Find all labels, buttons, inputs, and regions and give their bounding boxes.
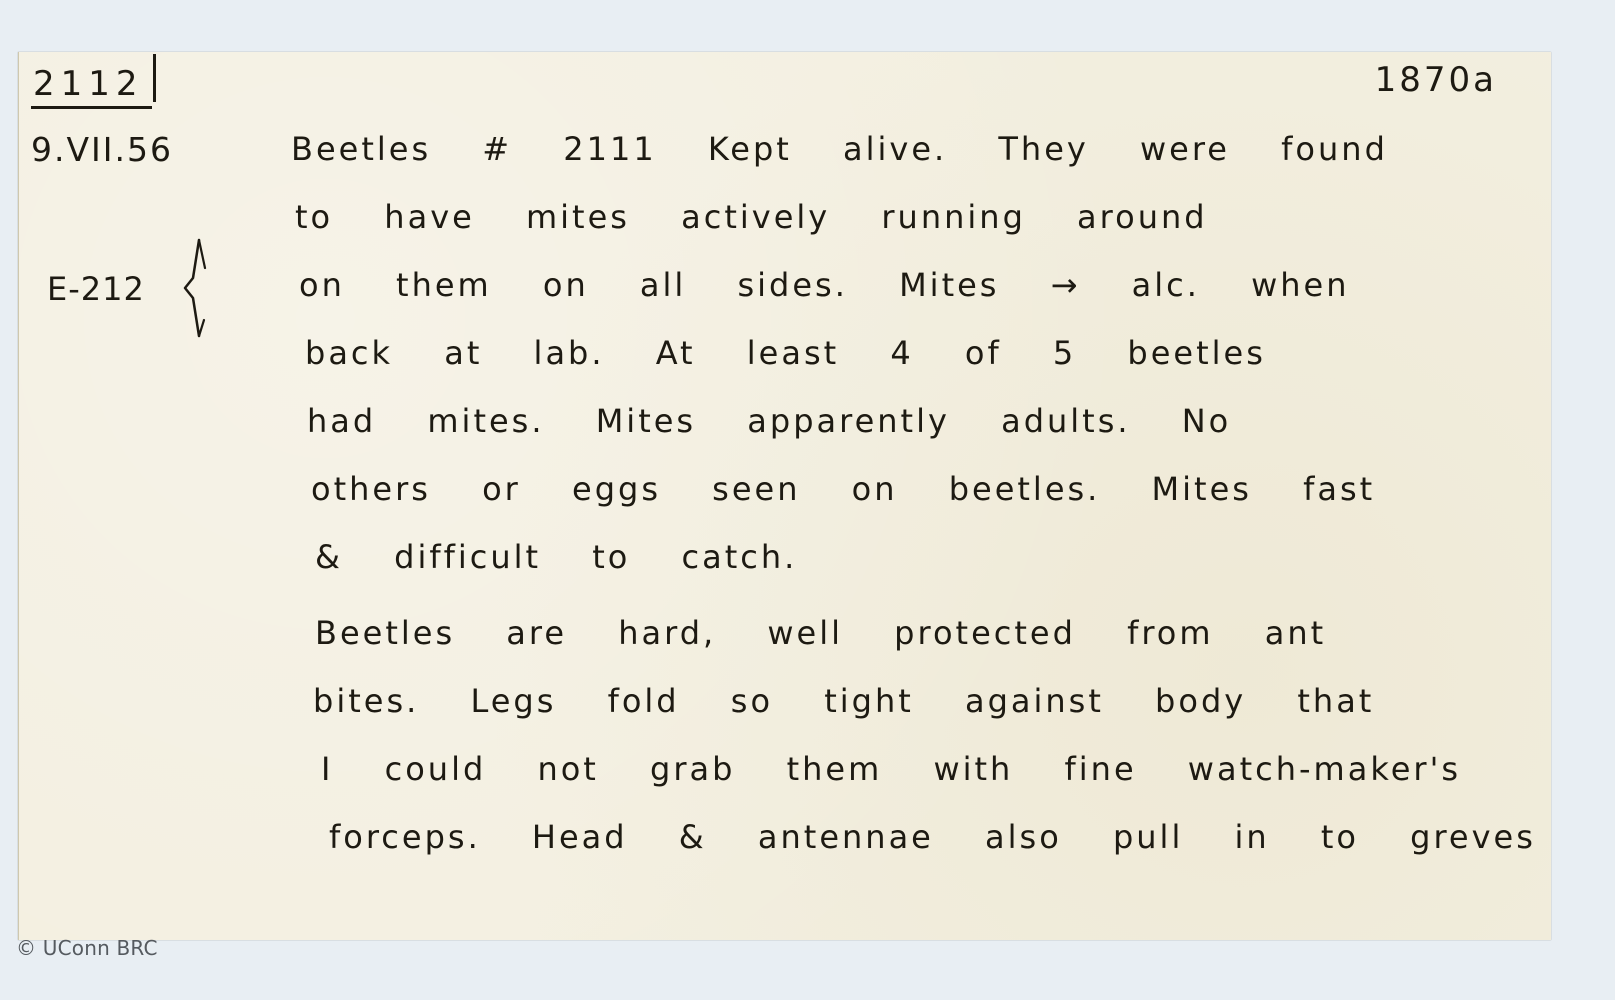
note-line: to have mites actively running around	[291, 198, 1531, 266]
copyright-notice: © UConn BRC	[16, 936, 158, 960]
handwritten-notes: Beetles # 2111 Kept alive. They were fou…	[291, 130, 1531, 886]
entry-date: 9.VII.56	[31, 130, 173, 169]
note-line: & difficult to catch.	[291, 538, 1531, 606]
brace-arrow-icon	[177, 238, 207, 338]
note-line: Beetles are hard, well protected from an…	[291, 614, 1531, 682]
note-line: others or eggs seen on beetles. Mites fa…	[291, 470, 1531, 538]
index-card: 2112 1870a 9.VII.56 E-212 Beetles # 2111…	[18, 52, 1551, 940]
note-line: had mites. Mites apparently adults. No	[291, 402, 1531, 470]
note-line: back at lab. At least 4 of 5 beetles	[291, 334, 1531, 402]
note-line: bites. Legs fold so tight against body t…	[291, 682, 1531, 750]
page-reference: 1870a	[1375, 60, 1497, 100]
note-line: forceps. Head & antennae also pull in to…	[291, 818, 1531, 886]
card-number: 2112	[31, 64, 152, 109]
note-line: I could not grab them with fine watch-ma…	[291, 750, 1531, 818]
collection-code: E-212	[47, 270, 145, 308]
note-line: Beetles # 2111 Kept alive. They were fou…	[291, 130, 1531, 198]
note-line: on them on all sides. Mites → alc. when	[291, 266, 1531, 334]
